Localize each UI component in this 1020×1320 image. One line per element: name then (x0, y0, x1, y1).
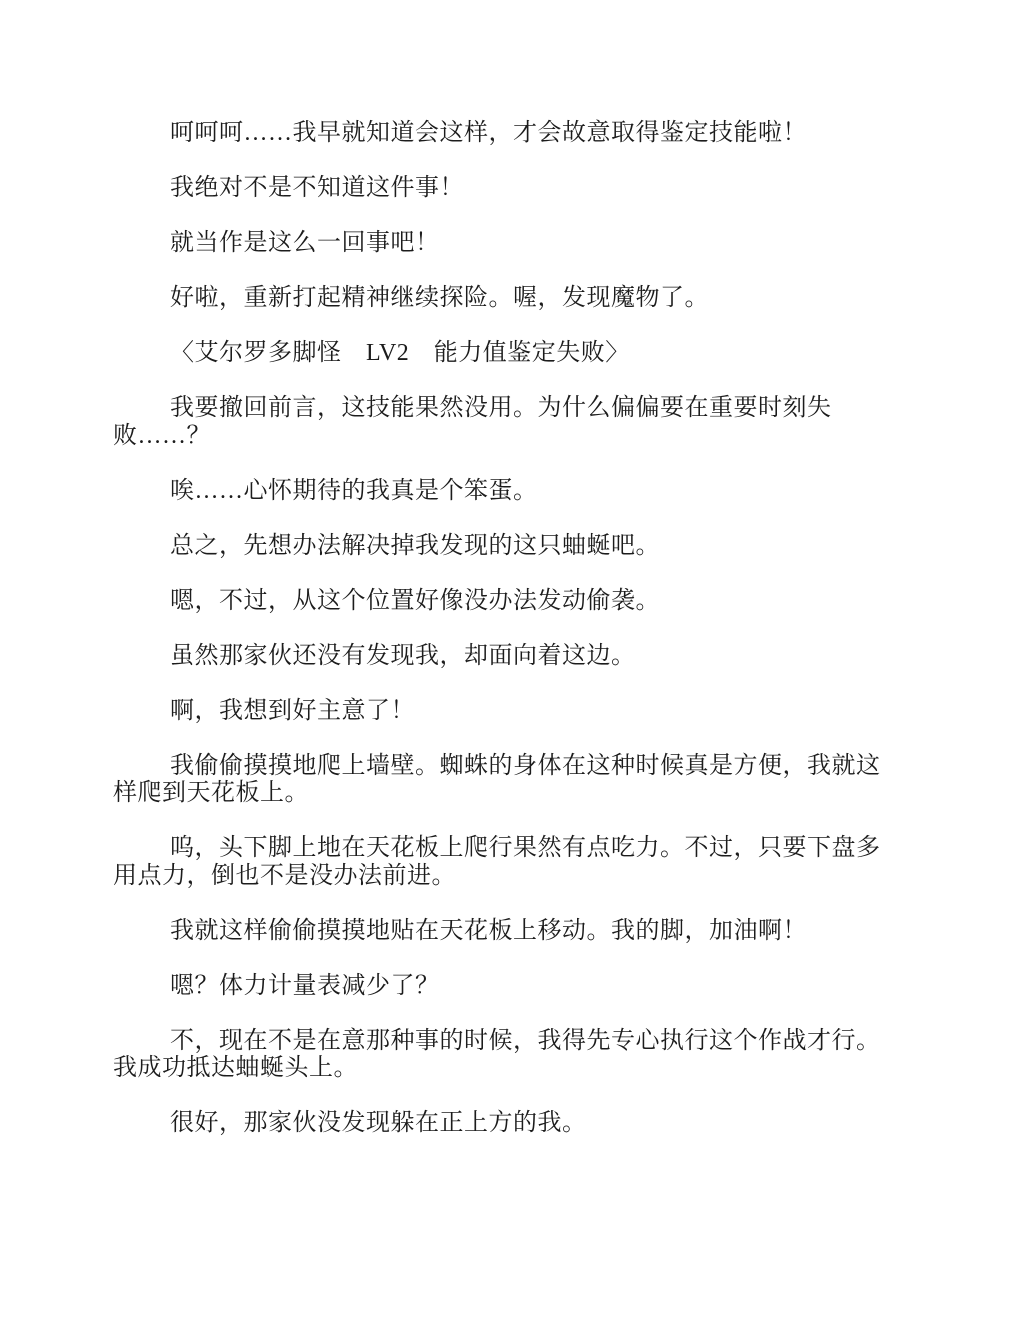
paragraph: 很好，那家伙没发现躲在正上方的我。 (113, 1110, 913, 1138)
system-appraisal-line: 〈艾尔罗多脚怪 LV2 能力值鉴定失败〉 (113, 340, 913, 368)
paragraph: 唉……心怀期待的我真是个笨蛋。 (113, 478, 913, 506)
paragraph: 啊，我想到好主意了！ (113, 698, 913, 726)
paragraph: 我偷偷摸摸地爬上墙壁。蜘蛛的身体在这种时候真是方便，我就这 样爬到天花板上。 (113, 753, 913, 808)
paragraph: 呜，头下脚上地在天花板上爬行果然有点吃力。不过，只要下盘多 用点力，倒也不是没办… (113, 835, 913, 890)
paragraph: 我要撤回前言，这技能果然没用。为什么偏偏要在重要时刻失 败……？ (113, 395, 913, 450)
paragraph: 嗯？体力计量表减少了？ (113, 973, 913, 1001)
paragraph: 就当作是这么一回事吧！ (113, 230, 913, 258)
paragraph: 不，现在不是在意那种事的时候，我得先专心执行这个作战才行。 我成功抵达蚰蜒头上。 (113, 1028, 913, 1083)
paragraph: 呵呵呵……我早就知道会这样，才会故意取得鉴定技能啦！ (113, 120, 913, 148)
paragraph: 好啦，重新打起精神继续探险。喔，发现魔物了。 (113, 285, 913, 313)
paragraph: 我就这样偷偷摸摸地贴在天花板上移动。我的脚，加油啊！ (113, 918, 913, 946)
paragraph: 嗯，不过，从这个位置好像没办法发动偷袭。 (113, 588, 913, 616)
paragraph: 我绝对不是不知道这件事！ (113, 175, 913, 203)
page-text-block: 呵呵呵……我早就知道会这样，才会故意取得鉴定技能啦！ 我绝对不是不知道这件事！ … (113, 120, 913, 1165)
paragraph: 总之，先想办法解决掉我发现的这只蚰蜒吧。 (113, 533, 913, 561)
document-page: 呵呵呵……我早就知道会这样，才会故意取得鉴定技能啦！ 我绝对不是不知道这件事！ … (0, 0, 1020, 1320)
paragraph: 虽然那家伙还没有发现我，却面向着这边。 (113, 643, 913, 671)
